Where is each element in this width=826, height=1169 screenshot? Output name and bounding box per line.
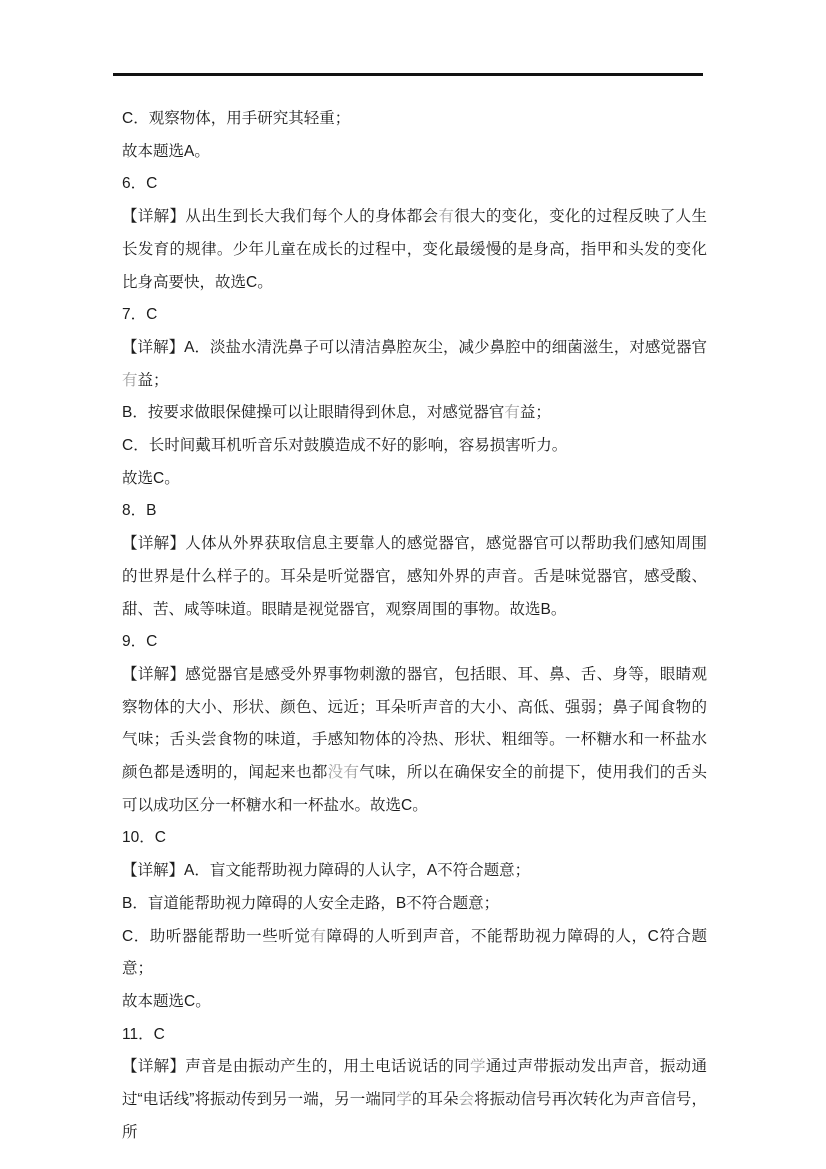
paragraph: 【详解】从出生到长大我们每个人的身体都会有很大的变化，变化的过程反映了人生长发育…	[122, 201, 707, 299]
paragraph: 10．C	[122, 822, 707, 855]
substituted-gray-char: 学	[396, 1091, 412, 1108]
substituted-gray-char: 有	[504, 404, 520, 421]
substituted-gray-char: 没有	[328, 764, 360, 781]
text-run: 益；	[520, 404, 551, 421]
text-run: 【详解】声音是由振动产生的，用土电话说话的同	[122, 1058, 470, 1075]
text-run: 【详解】从出生到长大我们每个人的身体都会	[122, 208, 438, 225]
text-run: 益；	[138, 372, 169, 389]
text-run: 故本题选A。	[122, 143, 210, 160]
document-body: C．观察物体，用手研究其轻重；故本题选A。6．C【详解】从出生到长大我们每个人的…	[122, 103, 707, 1150]
text-run: C．助听器能帮助一些听觉	[122, 928, 310, 945]
text-run: 的耳朵	[412, 1091, 459, 1108]
text-run: 【详解】人体从外界获取信息主要靠人的感觉器官，感觉器官可以帮助我们感知周围的世界…	[122, 535, 707, 617]
paragraph: 6．C	[122, 168, 707, 201]
paragraph: 故本题选A。	[122, 136, 707, 169]
paragraph: C．助听器能帮助一些听觉有障碍的人听到声音，不能帮助视力障碍的人，C符合题意；	[122, 921, 707, 986]
text-run: 【详解】A．淡盐水清洗鼻子可以清洁鼻腔灰尘，减少鼻腔中的细菌滋生，对感觉器官	[122, 339, 707, 356]
paragraph: 【详解】声音是由振动产生的，用土电话说话的同学通过声带振动发出声音，振动通过“电…	[122, 1051, 707, 1149]
substituted-gray-char: 有	[122, 372, 138, 389]
text-run: 8．B	[122, 502, 156, 519]
paragraph: 【详解】感觉器官是感受外界事物刺激的器官，包括眼、耳、鼻、舌、身等，眼睛观察物体…	[122, 659, 707, 823]
paragraph: B．盲道能帮助视力障碍的人安全走路，B不符合题意；	[122, 888, 707, 921]
paragraph: 11．C	[122, 1019, 707, 1052]
text-run: 6．C	[122, 175, 157, 192]
paragraph: 8．B	[122, 495, 707, 528]
text-run: B．按要求做眼保健操可以让眼睛得到休息，对感觉器官	[122, 404, 504, 421]
text-run: C．长时间戴耳机听音乐对鼓膜造成不好的影响，容易损害听力。	[122, 437, 567, 454]
substituted-gray-char: 有	[310, 928, 326, 945]
text-run: B．盲道能帮助视力障碍的人安全走路，B不符合题意；	[122, 895, 499, 912]
paragraph: 故选C。	[122, 463, 707, 496]
text-run: 11．C	[122, 1026, 165, 1043]
text-run: 故选C。	[122, 470, 180, 487]
paragraph: C．观察物体，用手研究其轻重；	[122, 103, 707, 136]
paragraph: 9．C	[122, 626, 707, 659]
text-run: C．观察物体，用手研究其轻重；	[122, 110, 350, 127]
text-run: 9．C	[122, 633, 157, 650]
paragraph: 故本题选C。	[122, 986, 707, 1019]
paragraph: 7．C	[122, 299, 707, 332]
paragraph: 【详解】A．盲文能帮助视力障碍的人认字，A不符合题意；	[122, 855, 707, 888]
paragraph: B．按要求做眼保健操可以让眼睛得到休息，对感觉器官有益；	[122, 397, 707, 430]
text-run: 故本题选C。	[122, 993, 211, 1010]
paragraph: C．长时间戴耳机听音乐对鼓膜造成不好的影响，容易损害听力。	[122, 430, 707, 463]
document-page: C．观察物体，用手研究其轻重；故本题选A。6．C【详解】从出生到长大我们每个人的…	[0, 0, 826, 1169]
substituted-gray-char: 有	[438, 208, 454, 225]
text-run: 7．C	[122, 306, 157, 323]
header-rule	[113, 73, 703, 76]
substituted-gray-char: 学	[470, 1058, 486, 1075]
text-run: 10．C	[122, 829, 166, 846]
paragraph: 【详解】人体从外界获取信息主要靠人的感觉器官，感觉器官可以帮助我们感知周围的世界…	[122, 528, 707, 626]
substituted-gray-char: 会	[459, 1091, 475, 1108]
paragraph: 【详解】A．淡盐水清洗鼻子可以清洁鼻腔灰尘，减少鼻腔中的细菌滋生，对感觉器官有益…	[122, 332, 707, 397]
text-run: 【详解】A．盲文能帮助视力障碍的人认字，A不符合题意；	[122, 862, 530, 879]
